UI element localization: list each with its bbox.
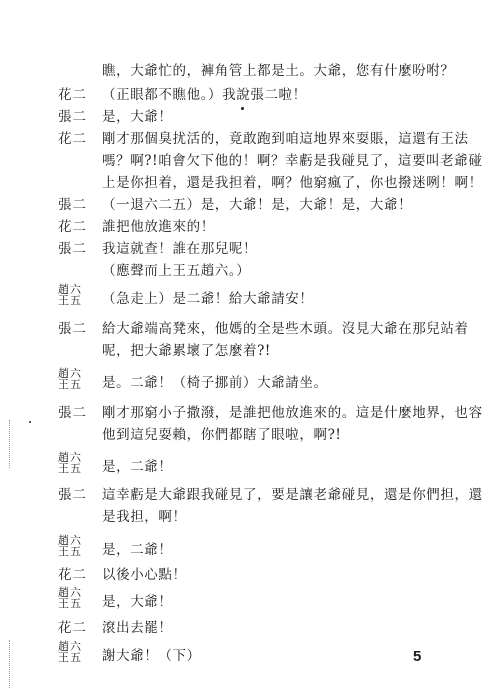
dialogue-text: 呢，把大爺累壞了怎麼着?! — [102, 342, 271, 360]
dialogue-text: 我這就查！誰在那兒呢！ — [102, 240, 257, 258]
dialogue-text: 誰把他放進來的！ — [102, 218, 215, 236]
binding-mark — [9, 420, 11, 468]
dialogue-text: 他到這兒耍賴，你們都瞎了眼啦，啊?! — [102, 426, 341, 444]
binding-mark — [9, 640, 11, 688]
speaker-name: 趙六 王五 — [58, 535, 82, 557]
script-page: 瞧，大爺忙的，褲角管上都是土。大爺，您有什麼吩咐？ 花二 （正眼都不瞧他。）我說… — [0, 0, 484, 690]
speaker-name: 趙六 王五 — [58, 368, 82, 390]
ink-speck — [29, 421, 31, 423]
speaker-name: 趙六 王五 — [58, 587, 82, 609]
speaker-name: 趙六 王五 — [58, 452, 82, 474]
page-number: 5 — [413, 648, 421, 665]
dialogue-text: （正眼都不瞧他。）我說張二啦！ — [102, 86, 307, 104]
speaker-name: 張二 — [58, 404, 87, 422]
ink-speck — [241, 107, 244, 110]
speaker-name: 花二 — [58, 86, 87, 104]
dialogue-text: 上是你担着，還是我担着，啊？他窮瘋了，你也撥迷咧！啊！ — [102, 174, 483, 192]
speaker-name: 張二 — [58, 240, 87, 258]
stage-direction-text: （應聲而上王五趙六。） — [102, 262, 250, 280]
speaker-label: 趙六 王五 — [58, 534, 82, 558]
dialogue-text: （急走上）是二爺！給大爺請安！ — [102, 290, 314, 308]
dialogue-text: 是，大爺！ — [102, 108, 173, 126]
dialogue-text: 滾出去罷！ — [102, 619, 173, 637]
speaker-name: 張二 — [58, 320, 87, 338]
speaker-label: 趙六 王五 — [58, 586, 82, 610]
speaker-name: 趙六 王五 — [58, 641, 82, 663]
dialogue-text: 這幸虧是大爺跟我碰見了，要是讓老爺碰見，還是你們担，還 — [102, 486, 483, 504]
speaker-label: 趙六 王五 — [58, 367, 82, 391]
speaker-name: 張二 — [58, 196, 87, 214]
speaker-name: 花二 — [58, 566, 87, 584]
dialogue-text: 是。二爺！（椅子挪前）大爺請坐。 — [102, 374, 328, 392]
dialogue-text: 嗎？啊?!咱會欠下他的！啊？幸虧是我碰見了，這要叫老爺碰 — [102, 152, 482, 170]
speaker-name: 張二 — [58, 108, 87, 126]
speaker-name: 張二 — [58, 486, 87, 504]
dialogue-text: 以後小心點！ — [102, 566, 187, 584]
dialogue-text: 給大爺端高凳來，他媽的全是些木頭。沒見大爺在那兒站着 — [102, 320, 469, 338]
dialogue-text: 謝大爺！（下） — [102, 647, 201, 665]
dialogue-text: 剛才那窮小子撒潑，是誰把他放進來的。這是什麼地界，也容 — [102, 404, 483, 422]
dialogue-text: 是，二爺！ — [102, 541, 173, 559]
dialogue-text: 是，大爺！ — [102, 593, 173, 611]
speaker-name: 花二 — [58, 619, 87, 637]
dialogue-text: 是我担，啊！ — [102, 508, 187, 526]
dialogue-text: 剛才那個臭扰活的，竟敢跑到咱這地界來耍賬，這還有王法 — [102, 130, 469, 148]
speaker-label: 趙六 王五 — [58, 640, 82, 664]
speaker-name: 趙六 王五 — [58, 284, 82, 306]
speaker-name: 花二 — [58, 130, 87, 148]
dialogue-text: （一退六二五）是，大爺！是，大爺！是，大爺！ — [102, 196, 412, 214]
speaker-name: 花二 — [58, 218, 87, 236]
speaker-label: 趙六 王五 — [58, 451, 82, 475]
speaker-label: 趙六 王五 — [58, 283, 82, 307]
dialogue-text: 是，二爺！ — [102, 458, 173, 476]
dialogue-text: 瞧，大爺忙的，褲角管上都是土。大爺，您有什麼吩咐？ — [102, 62, 455, 80]
